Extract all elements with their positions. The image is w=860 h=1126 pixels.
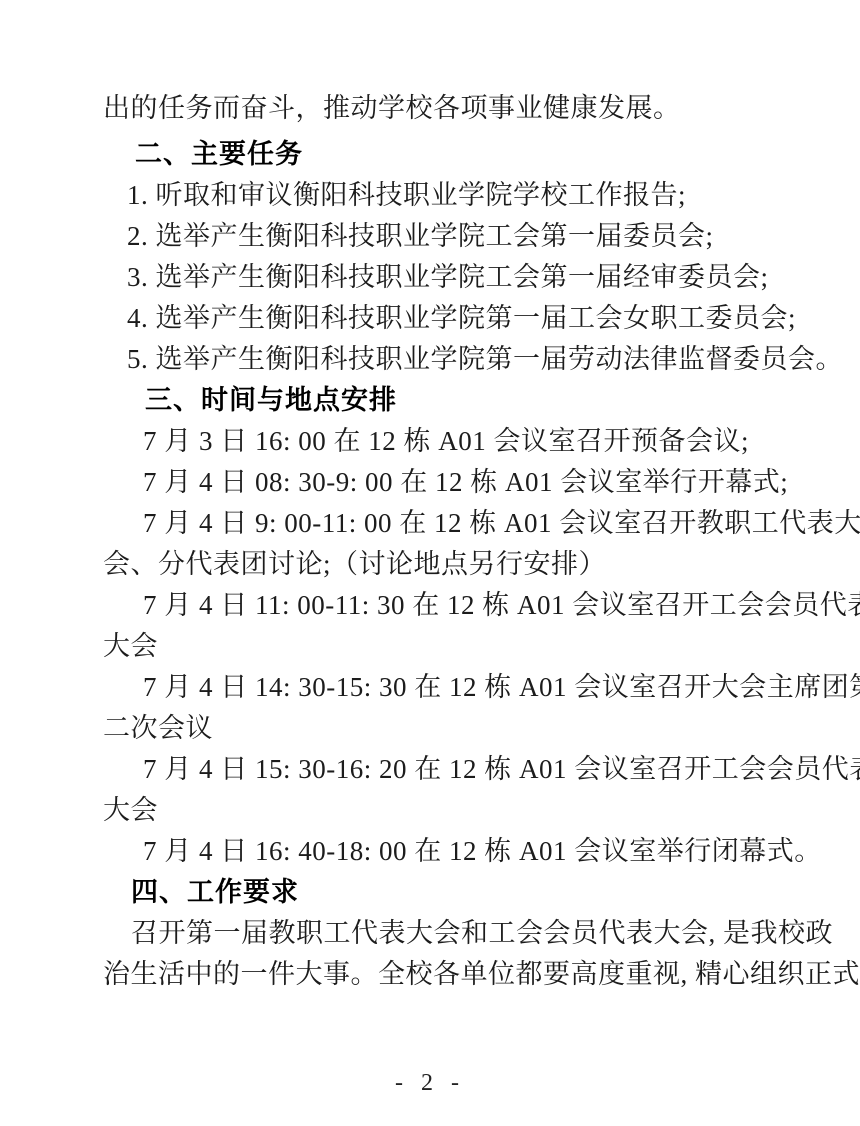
section-heading-work-requirements: 四、工作要求: [103, 872, 763, 913]
section-heading-main-tasks: 二、主要任务: [103, 134, 763, 175]
schedule-line-continuation: 二次会议: [103, 708, 763, 749]
list-item: 4. 选举产生衡阳科技职业学院第一届工会女职工委员会;: [103, 298, 763, 339]
schedule-line-continuation: 大会: [103, 626, 763, 667]
section-heading-time-place: 三、时间与地点安排: [103, 380, 763, 421]
schedule-line: 7 月 4 日 16: 40-18: 00 在 12 栋 A01 会议室举行闭幕…: [103, 831, 763, 872]
paragraph-line: 出的任务而奋斗，推动学校各项事业健康发展。: [103, 88, 763, 129]
paragraph-line: 召开第一届教职工代表大会和工会会员代表大会, 是我校政: [103, 913, 763, 954]
page-number: - 2 -: [0, 1070, 860, 1097]
paragraph-line: 治生活中的一件大事。全校各单位都要高度重视, 精心组织正式: [103, 954, 763, 995]
document-body: 出的任务而奋斗，推动学校各项事业健康发展。 二、主要任务 1. 听取和审议衡阳科…: [103, 88, 763, 995]
schedule-line: 7 月 3 日 16: 00 在 12 栋 A01 会议室召开预备会议;: [103, 421, 763, 462]
list-item: 5. 选举产生衡阳科技职业学院第一届劳动法律监督委员会。: [103, 339, 763, 380]
list-item: 1. 听取和审议衡阳科技职业学院学校工作报告;: [103, 175, 763, 216]
schedule-line-continuation: 会、分代表团讨论;（讨论地点另行安排）: [103, 544, 763, 585]
document-page: 出的任务而奋斗，推动学校各项事业健康发展。 二、主要任务 1. 听取和审议衡阳科…: [0, 0, 860, 1126]
schedule-line: 7 月 4 日 14: 30-15: 30 在 12 栋 A01 会议室召开大会…: [103, 667, 763, 708]
list-item: 2. 选举产生衡阳科技职业学院工会第一届委员会;: [103, 216, 763, 257]
schedule-line-continuation: 大会: [103, 790, 763, 831]
list-item: 3. 选举产生衡阳科技职业学院工会第一届经审委员会;: [103, 257, 763, 298]
schedule-line: 7 月 4 日 08: 30-9: 00 在 12 栋 A01 会议室举行开幕式…: [103, 462, 763, 503]
schedule-line: 7 月 4 日 15: 30-16: 20 在 12 栋 A01 会议室召开工会…: [103, 749, 763, 790]
schedule-line: 7 月 4 日 11: 00-11: 30 在 12 栋 A01 会议室召开工会…: [103, 585, 763, 626]
schedule-line: 7 月 4 日 9: 00-11: 00 在 12 栋 A01 会议室召开教职工…: [103, 503, 763, 544]
